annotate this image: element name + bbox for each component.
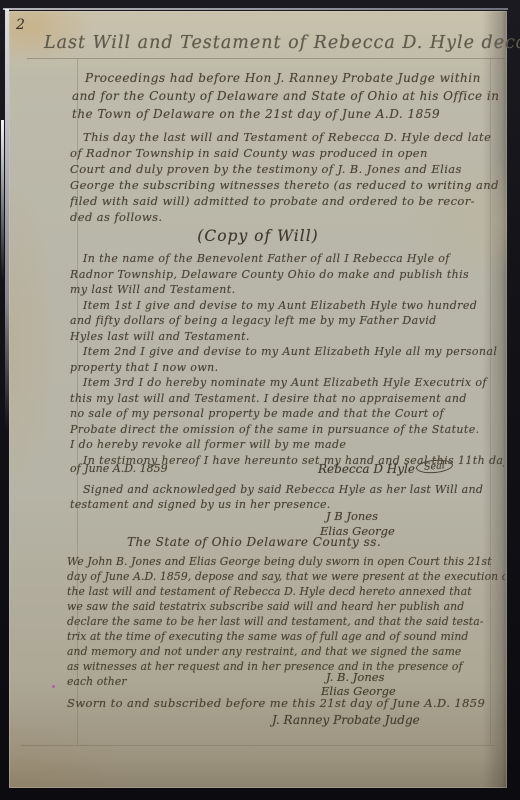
presentation-paragraph: This day the last will and Testament of … (70, 129, 504, 225)
handwritten-line: ded as follows. (70, 209, 504, 225)
handwritten-line: I do hereby revoke all former will by me… (70, 437, 504, 453)
rule-bottom (21, 745, 495, 746)
photo-background: 2 Last Will and Testament of Rebecca D. … (0, 0, 520, 800)
venue-heading: The State of Ohio Delaware County ss. (127, 535, 381, 549)
testator-signature: Rebecca D Hyle (318, 462, 415, 476)
handwritten-line: we saw the said testatrix subscribe said… (67, 599, 505, 614)
handwritten-line: Sworn to and subscribed before me this 2… (67, 696, 501, 710)
rule-under-title (27, 58, 505, 59)
proceedings-paragraph: Proceedings had before Hon J. Ranney Pro… (72, 69, 500, 123)
handwritten-line: Probate direct the omission of the same … (70, 422, 504, 438)
ledger-page: 2 Last Will and Testament of Rebecca D. … (9, 11, 507, 788)
witness-signature: J. B. Jones (326, 670, 384, 684)
attestation-paragraph: Signed and acknowledged by said Rebecca … (70, 482, 504, 512)
handwritten-line: and fifty dollars of being a legacy left… (70, 313, 504, 329)
handwritten-line: and memory and not under any restraint, … (67, 644, 505, 659)
handwritten-line: Hyles last will and Testament. (70, 329, 504, 345)
handwritten-line: George the subscribing witnesses thereto… (70, 177, 504, 193)
handwritten-line: my last Will and Testament. (70, 282, 504, 298)
handwritten-line: the last will and testament of Rebecca D… (67, 584, 505, 599)
handwritten-line: Radnor Township, Delaware County Ohio do… (70, 267, 504, 283)
handwritten-line: Item 3rd I do hereby nominate my Aunt El… (70, 375, 504, 391)
ink-speck (52, 685, 55, 688)
sleeve-glint (1, 120, 4, 280)
handwritten-line: Proceedings had before Hon J. Ranney Pro… (72, 69, 500, 87)
handwritten-line: This day the last will and Testament of … (70, 129, 504, 145)
copy-of-will-heading: (Copy of Will) (9, 227, 507, 245)
handwritten-line: this my last will and Testament. I desir… (70, 391, 504, 407)
handwritten-line: as witnesses at her request and in her p… (67, 659, 505, 674)
handwritten-line: no sale of my personal property be made … (70, 406, 504, 422)
handwritten-line: each other (67, 674, 505, 689)
handwritten-line: declare the same to be her last will and… (67, 614, 505, 629)
handwritten-line: the Town of Delaware on the 21st day of … (72, 105, 500, 123)
witness-signature: J B Jones (326, 509, 378, 523)
handwritten-line: In the name of the Benevolent Father of … (70, 251, 504, 267)
sleeve-edge-top (3, 8, 508, 10)
handwritten-line: and for the County of Delaware and State… (72, 87, 500, 105)
will-body: In the name of the Benevolent Father of … (70, 251, 504, 468)
handwritten-line: filed with said will) admitted to probat… (70, 193, 504, 209)
execution-date: of June A.D. 1859 (70, 462, 168, 475)
jurat-line: Sworn to and subscribed before me this 2… (67, 696, 501, 710)
witness-affidavit: We John B. Jones and Elias George being … (67, 554, 505, 689)
handwritten-line: trix at the time of executing the same w… (67, 629, 505, 644)
judge-signature: J. Ranney Probate Judge (272, 713, 420, 727)
handwritten-line: Signed and acknowledged by said Rebecca … (70, 482, 504, 497)
handwritten-line: property that I now own. (70, 360, 504, 376)
execution-row: of June A.D. 1859 Rebecca D Hyle Seal (70, 462, 504, 478)
handwritten-line: of Radnor Township in said County was pr… (70, 145, 504, 161)
handwritten-line: We John B. Jones and Elias George being … (67, 554, 505, 569)
handwritten-line: Court and duly proven by the testimony o… (70, 161, 504, 177)
handwritten-line: Item 1st I give and devise to my Aunt El… (70, 298, 504, 314)
page-number: 2 (16, 17, 25, 33)
handwritten-line: Item 2nd I give and devise to my Aunt El… (70, 344, 504, 360)
handwritten-line: testament and signed by us in her presen… (70, 497, 504, 512)
handwritten-line: day of June A.D. 1859, depose and say, t… (67, 569, 505, 584)
document-title: Last Will and Testament of Rebecca D. Hy… (44, 33, 484, 53)
